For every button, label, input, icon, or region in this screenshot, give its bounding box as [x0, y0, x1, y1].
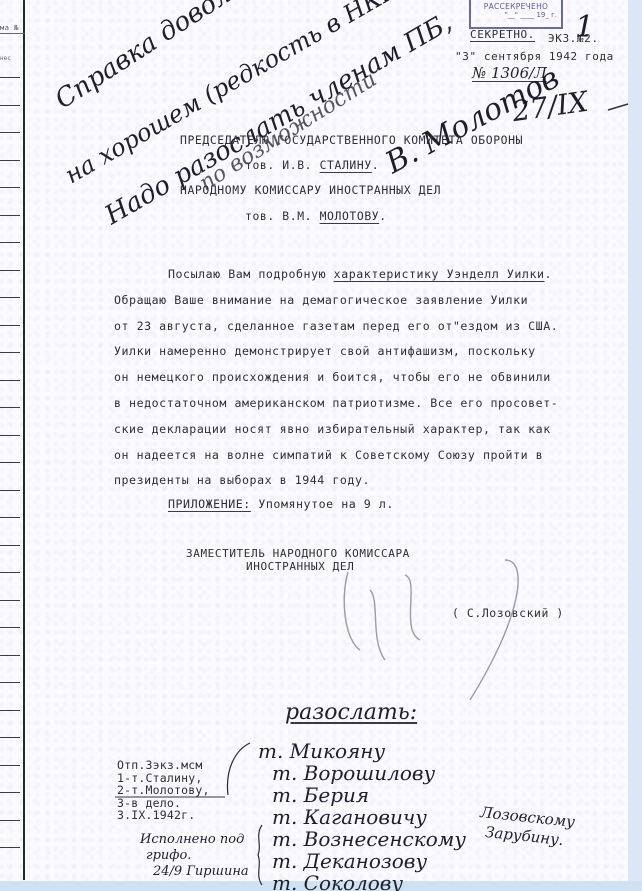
- body-line: Посылаю Вам подробную характеристику Уэн…: [168, 267, 552, 281]
- ledger-rule: [0, 270, 20, 271]
- distribution-recipient: т. Вознесенскому: [272, 827, 466, 851]
- ledger-rule: [0, 380, 20, 381]
- ledger-rule: [0, 352, 20, 353]
- distribution-recipient: т. Берия: [272, 783, 369, 807]
- addressee-line-4: тов. В.М. МОЛОТОВУ.: [245, 209, 387, 223]
- ledger-top-rule: [0, 33, 25, 34]
- ledger-rule: [0, 682, 20, 683]
- ledger-rule: [0, 215, 20, 216]
- attachment-line: ПРИЛОЖЕНИЕ: Упомянутое на 9 л.: [168, 497, 394, 511]
- ledger-rule: [0, 737, 20, 738]
- distribution-recipient: т. Деканозову: [272, 849, 427, 873]
- stamp-title: РАССЕКРЕЧЕНО: [471, 2, 561, 11]
- attachment-text: Упомянутое на 9 л.: [251, 497, 394, 511]
- ledger-rule: [0, 325, 20, 326]
- ledger-rule: [0, 297, 20, 298]
- execution-note-1: Исполнено под: [140, 832, 244, 847]
- addressee-line-2: тов. И.В. СТАЛИНУ.: [245, 158, 379, 172]
- ledger-rule: [0, 490, 20, 491]
- ledger-rule: [0, 792, 20, 793]
- ledger-rule: [0, 242, 20, 243]
- distribution-header: разослать:: [285, 700, 417, 725]
- ledger-rule: [0, 407, 20, 408]
- body-line: от 23 августа, сделанное газетам перед е…: [114, 319, 558, 333]
- sheet-number: 1: [575, 10, 594, 45]
- ledger-rule: [0, 545, 20, 546]
- classification-label: СЕКРЕТНО.: [470, 28, 535, 41]
- body-line: он надеется на волне симпатий к Советско…: [114, 448, 543, 462]
- signatory-title-2: ИНОСТРАННЫХ ДЕЛ: [246, 560, 354, 573]
- distribution-typed-line: 3.IX.1942г.: [117, 808, 195, 822]
- body-line: он немецкого происхождения и боится, что…: [114, 370, 551, 384]
- ledger-rule: [0, 132, 20, 133]
- body-line: в недостаточном американском патриотизме…: [114, 396, 558, 410]
- document-date: "3" сентября 1942 года: [455, 50, 614, 63]
- addressee-line-3: НАРОДНОМУ КОМИССАРУ ИНОСТРАННЫХ ДЕЛ: [180, 183, 441, 197]
- execution-note-2: грифо.: [146, 848, 191, 863]
- ledger-rule: [0, 435, 20, 436]
- ledger-rule: [0, 655, 20, 656]
- ledger-header: ма №: [0, 24, 19, 32]
- ledger-column-label: нес: [0, 55, 11, 62]
- addressee-line-1: ПРЕДСЕДАТЕЛЮ ГОСУДАРСТВЕННОГО КОМИТЕТА О…: [180, 133, 523, 147]
- body-line: Уилки намеренно демонстрирует свой антиф…: [114, 344, 536, 358]
- ledger-rule: [0, 105, 20, 106]
- distribution-recipient: т. Соколову: [272, 871, 403, 891]
- ledger-rule: [0, 462, 20, 463]
- margin-ledger: ма № нес: [0, 0, 25, 880]
- ledger-rule: [0, 627, 20, 628]
- ledger-rule: [0, 820, 20, 821]
- body-line: президенты на выборах в 1944 году.: [114, 473, 370, 487]
- stamp-date: "__" ____ 19_ г.: [471, 11, 561, 19]
- signatory-name: ( С.Лозовский ): [452, 606, 564, 620]
- body-line: Обращаю Ваше внимание на демагогическое …: [114, 293, 528, 307]
- ledger-rule: [0, 710, 20, 711]
- ledger-rule: [0, 187, 20, 188]
- addressee-molotov: МОЛОТОВУ: [320, 209, 380, 223]
- ledger-rule: [0, 160, 20, 161]
- distribution-recipient: т. Кагановичу: [272, 805, 427, 829]
- attachment-label: ПРИЛОЖЕНИЕ:: [168, 497, 251, 511]
- ledger-rule: [0, 847, 20, 848]
- ledger-rule: [0, 765, 20, 766]
- distribution-recipient: т. Ворошилову: [272, 761, 435, 785]
- ledger-rule: [0, 517, 20, 518]
- ledger-rule: [0, 77, 20, 78]
- ledger-rule: [0, 600, 20, 601]
- scan-edge-right: [628, 0, 642, 891]
- execution-note-3: 24/9 Гиршина: [153, 864, 249, 879]
- signatory-title-1: ЗАМЕСТИТЕЛЬ НАРОДНОГО КОМИССАРА: [186, 547, 410, 560]
- declassified-stamp: РАССЕКРЕЧЕНО "__" ____ 19_ г.: [469, 0, 563, 29]
- addressee-stalin: СТАЛИНУ: [320, 158, 372, 172]
- distribution-recipient: т. Микояну: [258, 739, 385, 763]
- body-line: ские декларации носят явно избирательный…: [114, 422, 551, 436]
- ledger-rule: [0, 572, 20, 573]
